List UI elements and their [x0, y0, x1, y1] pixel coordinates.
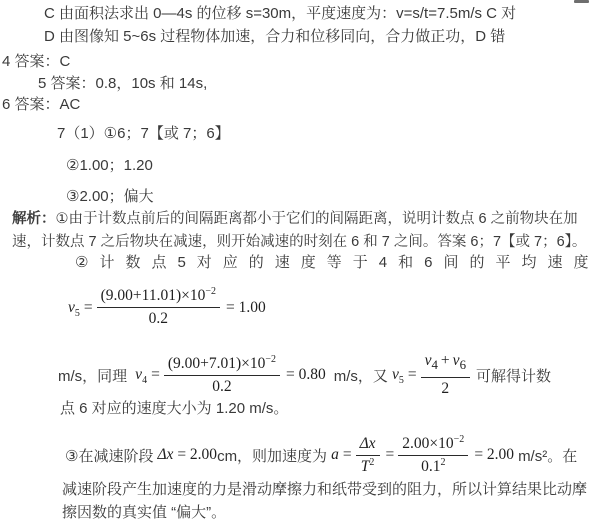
analysis-label: 解析： — [12, 211, 56, 227]
analysis-line-1-text: ①由于计数点前后的间隔距离都小于它们的间隔距离，说明计数点 6 之前物块在加 — [56, 211, 578, 227]
a-result: = 2.00 — [474, 446, 514, 464]
v5-numerator: (9.00+11.01)×10−2 — [97, 287, 220, 308]
a-frac1-denominator: T2 — [361, 456, 375, 476]
step3-cm: cm，则加速度为 — [217, 445, 327, 466]
equals-sign: = — [386, 446, 395, 464]
v5avg-numerator: v4+v6 — [421, 352, 470, 377]
v5avg-lhs: v5 — [392, 366, 404, 384]
equals-sign: = — [408, 366, 417, 384]
v5avg-fraction: v4+v6 2 — [421, 352, 470, 397]
v5avg-denominator: 2 — [441, 378, 449, 398]
a-fraction-2: 2.00×10−2 0.12 — [398, 435, 468, 476]
step2-formula-line: m/s，同理 v4 = (9.00+7.01)×10−2 0.2 = 0.80 … — [58, 349, 551, 401]
q7-part1-line: 7（1）①6；7【或 7；6】 — [57, 125, 230, 142]
step2-line2-pre: m/s，同理 — [58, 365, 127, 386]
q7-part3-line: ③2.00；偏大 — [66, 188, 154, 205]
step3-line3: 擦因数的真实值 “偏大”。 — [62, 504, 226, 521]
v4-fraction: (9.00+7.01)×10−2 0.2 — [164, 355, 280, 396]
step3-post: m/s²。在 — [518, 445, 577, 466]
cropped-text-fragment — [574, 0, 589, 3]
v4-numerator: (9.00+7.01)×10−2 — [164, 355, 280, 376]
a-lhs: a — [331, 446, 339, 464]
v4-result: = 0.80 — [286, 366, 326, 384]
answer-4-line: 4 答案：C — [2, 53, 70, 70]
answer-6-line: 6 答案：AC — [2, 96, 80, 113]
q7-part2-line: ②1.00；1.20 — [66, 157, 153, 174]
delta-x-inline: Δx = 2.00 — [157, 446, 217, 464]
document-page: C 由面积法求出 0—4s 的位移 s=30m，平度速度为：v=s/t=7.5m… — [0, 0, 611, 526]
step2-justified-line: ②计数点5对应的速度等于4和6间的平均速度 — [75, 254, 599, 271]
step2-line3: 点 6 对应的速度大小为 1.20 m/s。 — [60, 400, 288, 417]
option-c-line: C 由面积法求出 0—4s 的位移 s=30m，平度速度为：v=s/t=7.5m… — [44, 5, 516, 22]
step2-line2-post: 可解得计数 — [476, 365, 551, 386]
v4-denominator: 0.2 — [212, 376, 231, 396]
answer-5-line: 5 答案：0.8，10s 和 14s, — [38, 75, 207, 92]
step2-line2-mid: m/s，又 — [334, 365, 388, 386]
a-fraction-1: Δx T2 — [356, 435, 380, 476]
v4-lhs: v4 — [135, 366, 147, 384]
equation-v5: v5 = (9.00+11.01)×10−2 0.2 = 1.00 — [68, 287, 266, 328]
analysis-line-2: 速，计数点 7 之后物块在减速，则开始减速的时刻在 6 和 7 之间。答案 6；… — [12, 234, 586, 251]
v5-lhs: v5 — [68, 299, 80, 317]
equals-sign: = — [84, 299, 93, 317]
step3-formula-line: ③在减速阶段 Δx = 2.00 cm，则加速度为 a = Δx T2 = 2.… — [65, 431, 577, 479]
a-frac2-numerator: 2.00×10−2 — [398, 435, 468, 456]
v5-result: = 1.00 — [226, 299, 266, 317]
step3-pre: ③在减速阶段 — [65, 445, 153, 466]
v5-fraction: (9.00+11.01)×10−2 0.2 — [97, 287, 220, 328]
v5-denominator: 0.2 — [149, 308, 168, 328]
equals-sign: = — [151, 366, 160, 384]
a-frac1-numerator: Δx — [356, 435, 380, 456]
analysis-line-1: 解析：①由于计数点前后的间隔距离都小于它们的间隔距离，说明计数点 6 之前物块在… — [12, 211, 578, 228]
a-frac2-denominator: 0.12 — [421, 456, 445, 476]
option-d-line: D 由图像知 5~6s 过程物体加速，合力和位移同向，合力做正功，D 错 — [44, 28, 505, 45]
step3-line2: 减速阶段产生加速度的力是滑动摩擦力和纸带受到的阻力，所以计算结果比动摩 — [62, 481, 587, 498]
equals-sign: = — [343, 446, 352, 464]
